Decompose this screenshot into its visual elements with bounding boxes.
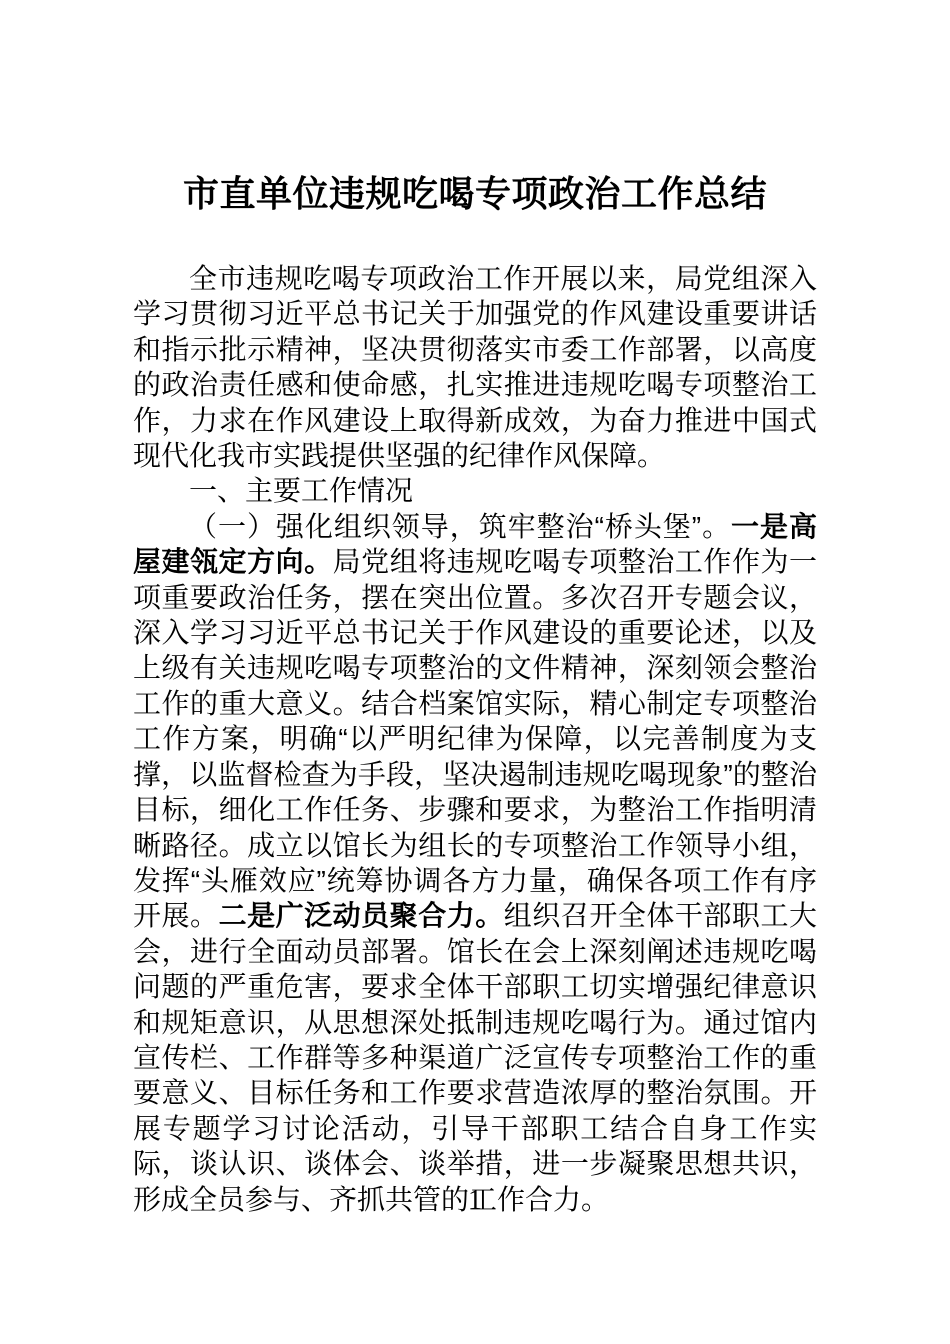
text-run: 全市违规吃喝专项政治工作开展以来，局党组深入学习贯彻习近平总书记关于加强党的作风…: [133, 263, 817, 471]
text-run: 一、主要工作情况: [189, 475, 413, 506]
page-number: 1: [0, 1184, 950, 1218]
paragraph: 一、主要工作情况: [133, 473, 817, 508]
text-run: 组织召开全体干部职工大会，进行全面动员部署。馆长在会上深刻阐述违规吃喝问题的严重…: [133, 900, 817, 1214]
document-body: 全市违规吃喝专项政治工作开展以来，局党组深入学习贯彻习近平总书记关于加强党的作风…: [133, 261, 817, 1217]
text-run: （一）强化组织领导，筑牢整治“桥头堡”。: [189, 511, 731, 542]
document-page: 市直单位违规吃喝专项政治工作总结 全市违规吃喝专项政治工作开展以来，局党组深入学…: [0, 0, 950, 1344]
text-run: 局党组将违规吃喝专项整治工作作为一项重要政治任务，摆在突出位置。多次召开专题会议…: [133, 546, 817, 931]
paragraph: （一）强化组织领导，筑牢整治“桥头堡”。一是高屋建瓴定方向。局党组将违规吃喝专项…: [133, 509, 817, 1217]
document-title: 市直单位违规吃喝专项政治工作总结: [133, 171, 817, 217]
paragraph: 全市违规吃喝专项政治工作开展以来，局党组深入学习贯彻习近平总书记关于加强党的作风…: [133, 261, 817, 473]
bold-run: 二是广泛动员聚合力。: [219, 900, 504, 931]
